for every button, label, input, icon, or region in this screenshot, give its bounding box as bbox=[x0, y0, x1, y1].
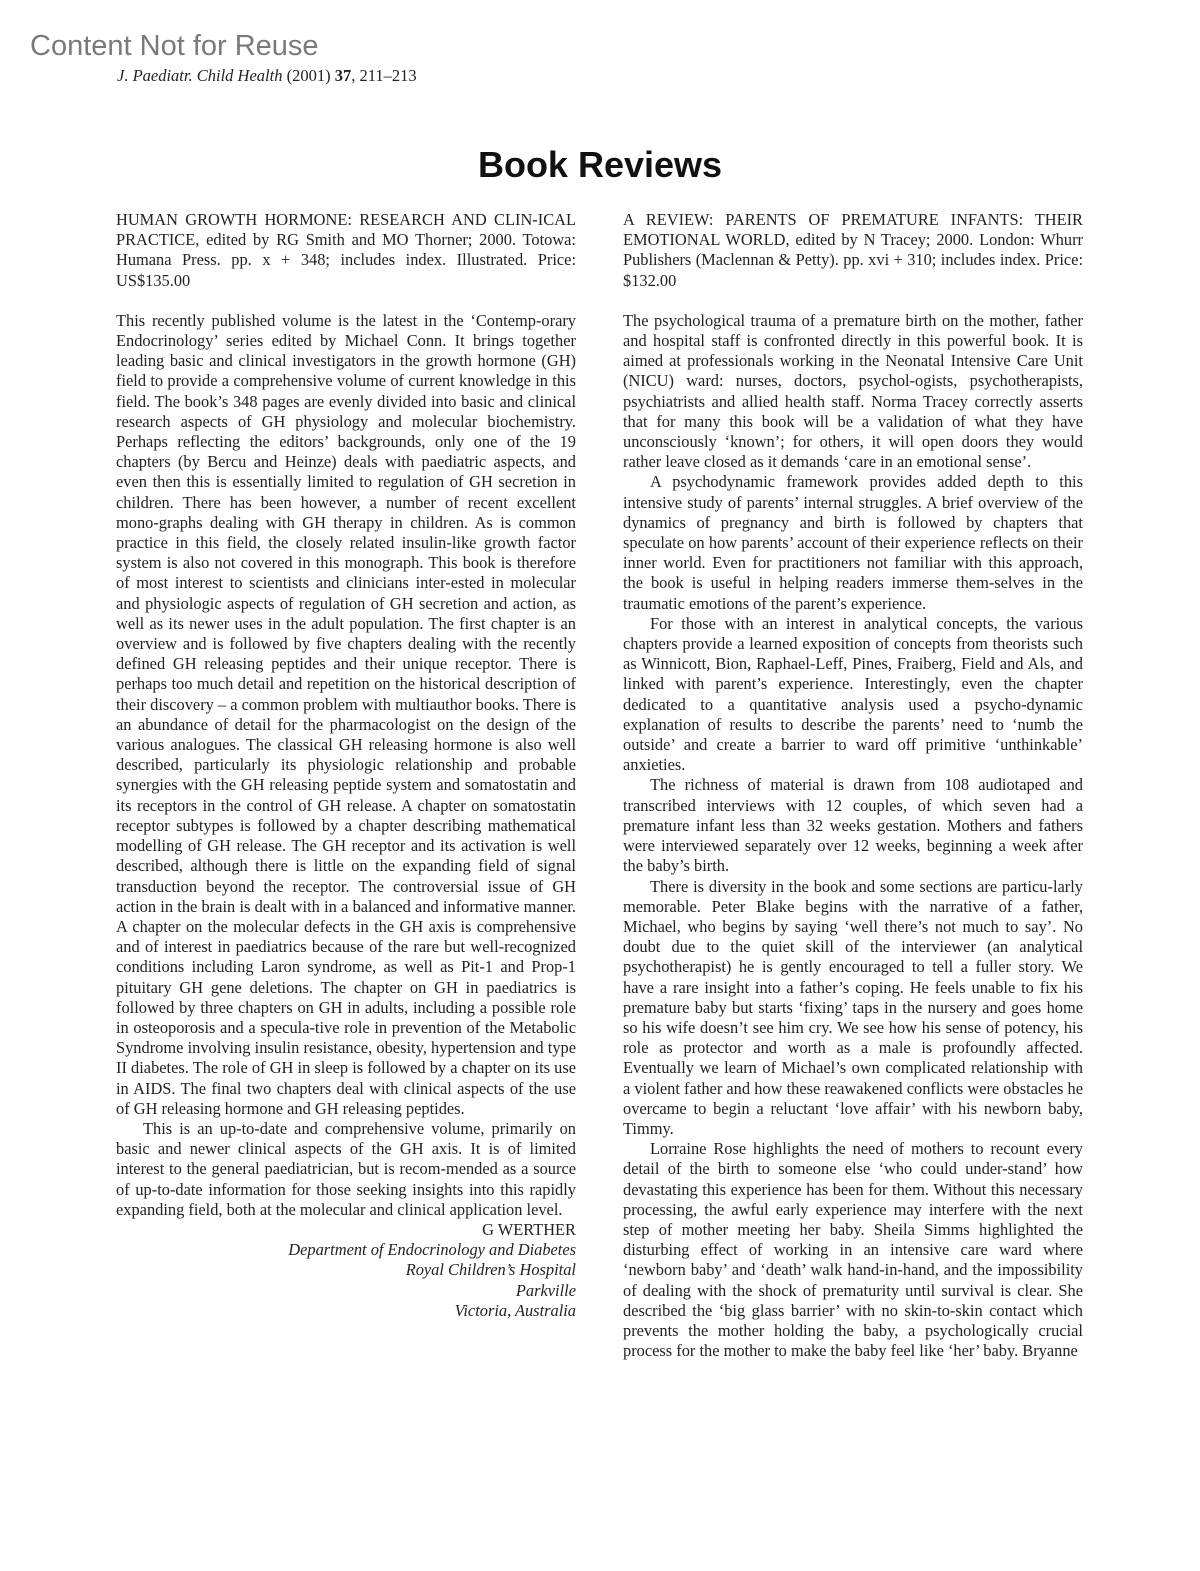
review-paragraph: For those with an interest in analytical… bbox=[623, 614, 1083, 776]
page-title: Book Reviews bbox=[0, 144, 1200, 186]
reviewer-affiliation-line: Department of Endocrinology and Diabetes bbox=[116, 1240, 576, 1260]
journal-volume: 37 bbox=[335, 66, 352, 85]
review-column-right: A REVIEW: PARENTS OF PREMATURE INFANTS: … bbox=[623, 210, 1083, 1361]
journal-pages: , 211–213 bbox=[351, 66, 416, 85]
review-paragraph: The richness of material is drawn from 1… bbox=[623, 775, 1083, 876]
review-paragraph: A psychodynamic framework provides added… bbox=[623, 472, 1083, 613]
journal-citation: J. Paediatr. Child Health (2001) 37, 211… bbox=[117, 66, 417, 86]
reviewer-affiliation-line: Victoria, Australia bbox=[116, 1301, 576, 1321]
journal-year: (2001) bbox=[287, 66, 331, 85]
review-header: HUMAN GROWTH HORMONE: RESEARCH AND CLIN-… bbox=[116, 210, 576, 291]
reviewer-signature: G WERTHER Department of Endocrinology an… bbox=[116, 1220, 576, 1321]
reviewer-name: G WERTHER bbox=[116, 1220, 576, 1240]
review-paragraph: The psychological trauma of a premature … bbox=[623, 311, 1083, 473]
review-header: A REVIEW: PARENTS OF PREMATURE INFANTS: … bbox=[623, 210, 1083, 291]
review-paragraph: This is an up-to-date and comprehensive … bbox=[116, 1119, 576, 1220]
review-paragraph: This recently published volume is the la… bbox=[116, 311, 576, 1119]
watermark: Content Not for Reuse bbox=[30, 30, 319, 63]
reviewer-affiliation-line: Royal Children’s Hospital bbox=[116, 1260, 576, 1280]
journal-name: J. Paediatr. Child Health bbox=[117, 66, 282, 85]
review-paragraph: There is diversity in the book and some … bbox=[623, 877, 1083, 1140]
reviewer-affiliation-line: Parkville bbox=[116, 1281, 576, 1301]
review-paragraph: Lorraine Rose highlights the need of mot… bbox=[623, 1139, 1083, 1361]
review-column-left: HUMAN GROWTH HORMONE: RESEARCH AND CLIN-… bbox=[116, 210, 576, 1321]
